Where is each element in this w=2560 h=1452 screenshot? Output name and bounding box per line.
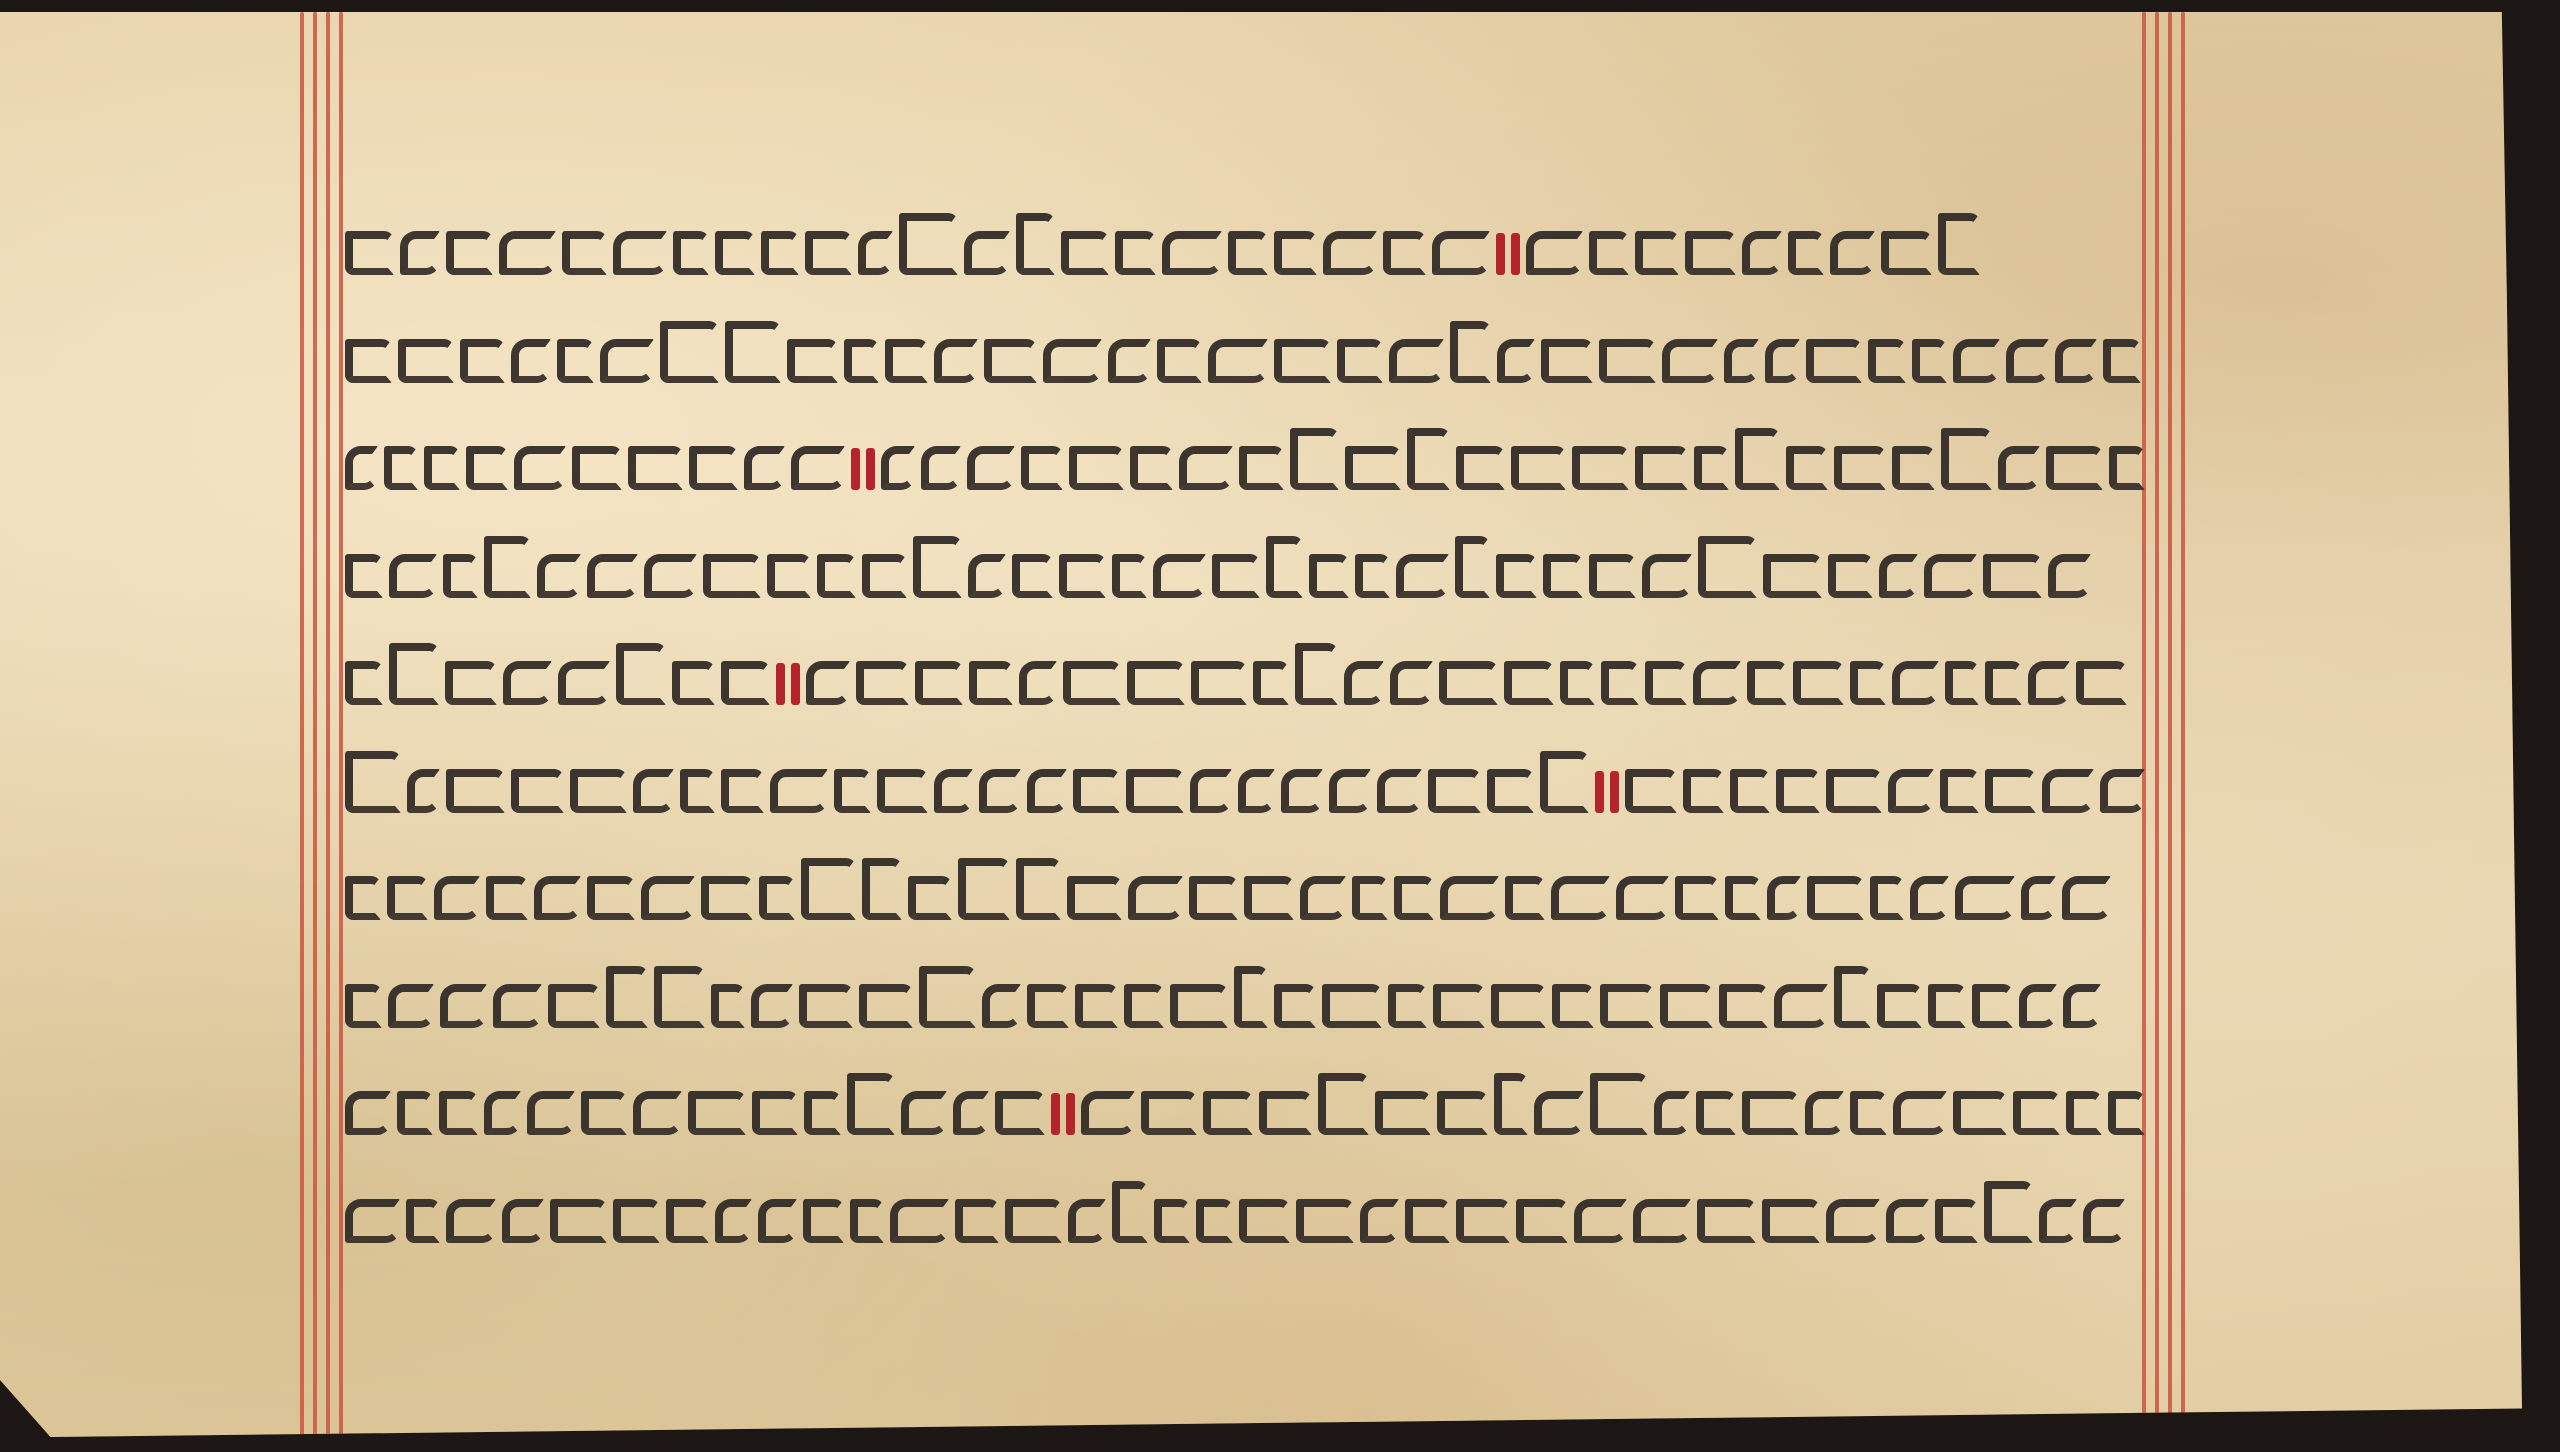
script-glyph (1439, 661, 1498, 705)
manuscript-line (345, 432, 2145, 490)
script-glyph (1212, 554, 1260, 598)
red-double-danda-mark (1595, 765, 1619, 813)
script-glyph (908, 876, 952, 920)
script-glyph (1534, 1091, 1584, 1135)
script-glyph (1239, 446, 1284, 490)
script-glyph (1130, 446, 1173, 490)
script-glyph (1127, 661, 1185, 705)
script-glyph (616, 643, 666, 705)
script-glyph (890, 1199, 949, 1243)
ruling-line (326, 12, 330, 1437)
script-glyph (606, 966, 648, 1028)
script-glyph (1886, 1199, 1929, 1243)
script-glyph (1059, 554, 1106, 598)
script-glyph (1383, 231, 1426, 275)
script-glyph (1377, 769, 1421, 813)
script-glyph (400, 231, 440, 275)
script-glyph (968, 554, 1006, 598)
script-glyph (804, 1091, 841, 1135)
script-glyph (1850, 1091, 1886, 1135)
script-glyph (389, 643, 439, 705)
script-glyph (600, 339, 654, 383)
ruling-line (2168, 12, 2172, 1437)
script-glyph (1552, 984, 1594, 1028)
script-glyph (1685, 231, 1736, 275)
script-glyph (1234, 966, 1268, 1028)
script-glyph (1697, 1199, 1756, 1243)
script-glyph (1834, 966, 1871, 1028)
script-glyph (1983, 554, 2042, 598)
script-glyph (1635, 446, 1688, 490)
script-glyph (398, 339, 454, 383)
script-glyph (406, 1199, 440, 1243)
script-glyph (1115, 231, 1156, 275)
script-glyph (1112, 1181, 1148, 1243)
script-glyph (1405, 1199, 1450, 1243)
script-glyph (1834, 446, 1885, 490)
script-glyph (673, 231, 709, 275)
script-glyph (862, 554, 907, 598)
script-glyph (440, 984, 487, 1028)
script-glyph (967, 446, 1015, 490)
script-glyph (2046, 446, 2103, 490)
script-glyph (1870, 876, 1904, 920)
script-glyph (1295, 643, 1338, 705)
script-glyph (1027, 984, 1069, 1028)
script-glyph (1774, 984, 1828, 1028)
script-glyph (587, 554, 638, 598)
script-glyph (581, 1091, 627, 1135)
script-glyph (666, 1199, 709, 1243)
script-glyph (1021, 446, 1063, 490)
script-glyph (1190, 769, 1232, 813)
script-glyph (1433, 984, 1485, 1028)
script-glyph (511, 339, 551, 383)
script-glyph (445, 661, 497, 705)
script-glyph (1742, 1091, 1799, 1135)
script-glyph (1440, 876, 1499, 920)
script-glyph (1389, 339, 1444, 383)
script-glyph (534, 876, 581, 920)
script-glyph (1061, 231, 1109, 275)
script-glyph (758, 1199, 797, 1243)
script-glyph (562, 231, 607, 275)
script-glyph (345, 554, 383, 598)
script-glyph (2048, 554, 2091, 598)
script-glyph (715, 231, 755, 275)
script-glyph (1683, 769, 1723, 813)
script-glyph (1345, 446, 1401, 490)
script-glyph (1300, 876, 1346, 920)
script-glyph (1589, 231, 1629, 275)
script-glyph (1318, 1073, 1370, 1135)
script-glyph (1504, 661, 1554, 705)
script-glyph (953, 1091, 989, 1135)
script-glyph (1067, 876, 1122, 920)
script-glyph (1274, 231, 1317, 275)
script-glyph (1599, 339, 1656, 383)
script-glyph (1662, 339, 1718, 383)
script-glyph (527, 1091, 575, 1135)
script-glyph (1719, 984, 1768, 1028)
script-glyph (862, 858, 902, 920)
script-glyph (744, 446, 785, 490)
script-glyph (1635, 231, 1679, 275)
script-glyph (1540, 751, 1590, 813)
script-glyph (1394, 876, 1434, 920)
script-glyph (660, 321, 719, 383)
script-glyph (721, 769, 764, 813)
script-glyph (1126, 769, 1184, 813)
script-glyph (1941, 428, 1991, 490)
script-glyph (1496, 554, 1537, 598)
script-glyph (345, 751, 401, 813)
red-double-danda-mark (776, 657, 800, 705)
script-glyph (1388, 984, 1427, 1028)
script-glyph (1912, 339, 1947, 383)
script-glyph (1153, 554, 1206, 598)
script-glyph (1352, 876, 1388, 920)
script-glyph (964, 231, 1010, 275)
script-glyph (1543, 554, 1583, 598)
script-glyph (1428, 769, 1482, 813)
script-glyph (1735, 428, 1781, 490)
script-glyph (1170, 984, 1228, 1028)
script-glyph (1660, 984, 1713, 1028)
ruling-line (2155, 12, 2159, 1437)
script-glyph (982, 984, 1021, 1028)
script-glyph (711, 984, 745, 1028)
script-glyph (979, 769, 1020, 813)
script-glyph (1005, 1199, 1062, 1243)
script-glyph (1016, 858, 1061, 920)
script-glyph (1762, 1199, 1820, 1243)
script-glyph (1541, 339, 1593, 383)
script-glyph (759, 876, 795, 920)
manuscript-line (345, 217, 2145, 275)
script-glyph (1497, 339, 1535, 383)
script-glyph (499, 231, 556, 275)
script-glyph (1551, 876, 1610, 920)
script-glyph (1437, 1091, 1488, 1135)
script-glyph (2083, 1199, 2125, 1243)
script-glyph (1868, 339, 1906, 383)
ruling-line (313, 12, 317, 1437)
script-glyph (1075, 984, 1118, 1028)
script-glyph (915, 661, 963, 705)
script-glyph (1805, 1091, 1844, 1135)
script-glyph (2109, 446, 2145, 490)
script-glyph (1407, 428, 1450, 490)
script-glyph (791, 446, 845, 490)
script-glyph (1323, 231, 1377, 275)
script-glyph (1390, 661, 1433, 705)
script-glyph (1642, 554, 1692, 598)
script-glyph (1505, 876, 1545, 920)
script-glyph (484, 1091, 521, 1135)
script-glyph (1694, 446, 1729, 490)
script-glyph (1069, 446, 1124, 490)
script-glyph (1154, 1199, 1190, 1243)
script-glyph (345, 1091, 391, 1135)
script-glyph (1696, 1091, 1736, 1135)
script-glyph (387, 876, 428, 920)
script-glyph (806, 661, 850, 705)
script-glyph (1776, 769, 1820, 813)
script-glyph (1675, 876, 1719, 920)
script-glyph (877, 769, 928, 813)
script-glyph (1601, 661, 1639, 705)
script-glyph (1073, 769, 1120, 813)
script-glyph (1724, 339, 1759, 383)
script-glyph (721, 661, 770, 705)
script-glyph (1572, 446, 1629, 490)
script-glyph (799, 984, 853, 1028)
script-glyph (1253, 661, 1289, 705)
script-glyph (1027, 769, 1067, 813)
script-glyph (1238, 769, 1275, 813)
script-glyph (1893, 1091, 1948, 1135)
script-glyph (466, 446, 509, 490)
script-glyph (934, 339, 978, 383)
right-margin-ruling (2142, 12, 2185, 1437)
manuscript-line (345, 540, 2145, 598)
script-glyph (1191, 661, 1247, 705)
script-glyph (1162, 231, 1222, 275)
script-glyph (703, 554, 761, 598)
script-glyph (955, 1199, 999, 1243)
script-glyph (751, 984, 793, 1028)
script-glyph (1600, 984, 1654, 1028)
script-glyph (1984, 1181, 2033, 1243)
script-glyph (587, 876, 635, 920)
script-glyph (1935, 1199, 1978, 1243)
script-glyph (460, 339, 505, 383)
script-glyph (2063, 984, 2101, 1028)
script-glyph (1892, 446, 1936, 490)
script-glyph (1375, 1091, 1431, 1135)
script-glyph (424, 446, 459, 490)
script-glyph (1516, 1199, 1568, 1243)
script-glyph (644, 554, 697, 598)
script-glyph (834, 769, 871, 813)
script-glyph (1742, 231, 1782, 275)
red-double-danda-mark (1496, 227, 1520, 275)
script-glyph (1244, 876, 1294, 920)
script-glyph (672, 661, 715, 705)
script-glyph (1953, 339, 2000, 383)
script-glyph (2028, 661, 2070, 705)
script-glyph (1124, 984, 1164, 1028)
script-glyph (1892, 661, 1939, 705)
script-glyph (1806, 339, 1862, 383)
script-glyph (486, 876, 528, 920)
script-glyph (613, 1199, 660, 1243)
script-glyph (1633, 1199, 1691, 1243)
left-margin-ruling (300, 12, 343, 1437)
script-glyph (548, 984, 600, 1028)
script-glyph (1068, 1199, 1106, 1243)
script-glyph (537, 554, 581, 598)
ruling-line (300, 12, 304, 1437)
script-glyph (511, 769, 564, 813)
script-glyph (1239, 1199, 1290, 1243)
script-glyph (1972, 984, 2013, 1028)
script-glyph (787, 339, 838, 383)
script-glyph (725, 321, 781, 383)
script-glyph (2062, 876, 2111, 920)
script-glyph (1456, 1199, 1510, 1243)
script-glyph (1645, 661, 1687, 705)
script-glyph (572, 446, 622, 490)
script-glyph (345, 984, 382, 1028)
script-glyph (2055, 339, 2097, 383)
script-glyph (1196, 1199, 1233, 1243)
script-glyph (1526, 231, 1583, 275)
script-glyph (345, 661, 383, 705)
script-glyph (502, 1199, 544, 1243)
script-glyph (1793, 661, 1844, 705)
script-glyph (1616, 876, 1669, 920)
script-glyph (1228, 231, 1268, 275)
script-glyph (2108, 1091, 2145, 1135)
script-glyph (1747, 661, 1787, 705)
script-glyph (446, 769, 505, 813)
script-glyph (901, 1091, 947, 1135)
script-glyph (633, 1091, 682, 1135)
script-glyph (859, 984, 913, 1028)
script-glyph (446, 1199, 496, 1243)
manuscript-text-block (345, 217, 2145, 1292)
script-glyph (1309, 554, 1349, 598)
manuscript-line (345, 325, 2145, 383)
script-glyph (958, 858, 1010, 920)
script-glyph (1141, 1091, 1197, 1135)
script-glyph (969, 661, 1013, 705)
script-glyph (701, 876, 753, 920)
script-glyph (1296, 1199, 1354, 1243)
script-glyph (1281, 769, 1323, 813)
manuscript-line (345, 862, 2145, 920)
script-glyph (847, 1073, 894, 1135)
manuscript-leaf: Manuscript leaf photograph Bhujimol-styl… (0, 12, 2522, 1437)
script-glyph (1625, 769, 1677, 813)
script-glyph (805, 231, 852, 275)
script-glyph (919, 966, 976, 1028)
script-glyph (1767, 876, 1801, 920)
script-glyph (345, 446, 378, 490)
script-glyph (1396, 554, 1449, 598)
script-glyph (2066, 1091, 2101, 1135)
script-glyph (570, 769, 627, 813)
script-glyph (1938, 213, 1980, 275)
script-glyph (1208, 339, 1268, 383)
script-glyph (1456, 446, 1505, 490)
manuscript-line (345, 970, 2145, 1028)
script-glyph (680, 769, 715, 813)
script-glyph (844, 339, 879, 383)
script-glyph (1322, 984, 1382, 1028)
script-glyph (1924, 554, 1977, 598)
script-glyph (1491, 984, 1546, 1028)
script-glyph (1189, 876, 1238, 920)
script-glyph (689, 446, 737, 490)
script-glyph (384, 446, 419, 490)
script-glyph (1112, 554, 1147, 598)
script-glyph (1128, 876, 1183, 920)
script-glyph (881, 446, 916, 490)
script-glyph (1360, 1199, 1399, 1243)
script-glyph (715, 1199, 752, 1243)
script-glyph (934, 769, 973, 813)
script-glyph (1788, 231, 1824, 275)
script-glyph (1179, 446, 1233, 490)
script-glyph (1850, 661, 1886, 705)
script-glyph (633, 769, 674, 813)
script-glyph (1807, 876, 1864, 920)
script-glyph (439, 1091, 477, 1135)
script-glyph (1945, 661, 1979, 705)
manuscript-line (345, 1185, 2145, 1243)
script-glyph (1654, 1091, 1689, 1135)
script-glyph (1012, 554, 1053, 598)
script-glyph (1928, 984, 1966, 1028)
script-glyph (1355, 554, 1390, 598)
script-glyph (899, 213, 958, 275)
script-glyph (995, 1091, 1045, 1135)
script-glyph (2019, 984, 2057, 1028)
script-glyph (1998, 446, 2040, 490)
script-glyph (443, 554, 478, 598)
script-glyph (2100, 769, 2145, 813)
script-glyph (2039, 1199, 2077, 1243)
script-glyph (1259, 1091, 1312, 1135)
script-glyph (2103, 339, 2141, 383)
manuscript-line (345, 647, 2145, 705)
script-glyph (1487, 769, 1533, 813)
script-glyph (1940, 769, 1979, 813)
script-glyph (407, 769, 440, 813)
script-glyph (345, 339, 392, 383)
script-glyph (345, 1199, 400, 1243)
script-glyph (434, 876, 480, 920)
script-glyph (801, 858, 856, 920)
script-glyph (850, 1199, 884, 1243)
script-glyph (557, 339, 594, 383)
script-glyph (1826, 769, 1882, 813)
script-glyph (388, 984, 434, 1028)
script-glyph (761, 231, 799, 275)
script-glyph (1985, 769, 2036, 813)
script-glyph (1910, 876, 1949, 920)
script-glyph (1786, 446, 1828, 490)
script-glyph (1455, 536, 1490, 598)
script-glyph (550, 1199, 607, 1243)
script-glyph (2013, 1091, 2060, 1135)
script-glyph (2006, 339, 2049, 383)
script-glyph (1016, 213, 1055, 275)
script-glyph (885, 339, 928, 383)
script-glyph (1450, 321, 1491, 383)
script-glyph (641, 876, 695, 920)
script-glyph (1955, 876, 2015, 920)
script-glyph (1698, 536, 1757, 598)
script-glyph (1494, 1073, 1527, 1135)
script-glyph (503, 661, 552, 705)
script-glyph (1828, 554, 1873, 598)
script-glyph (1826, 1199, 1880, 1243)
script-glyph (1560, 661, 1595, 705)
